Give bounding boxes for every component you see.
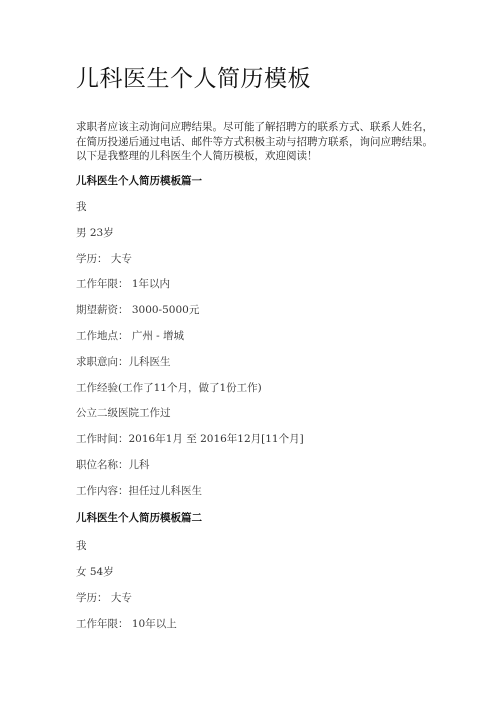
resume-line: 女 54岁: [76, 564, 114, 579]
resume-line: 学历： 大专: [76, 251, 132, 266]
document-title: 儿科医生个人简历模板: [76, 60, 311, 93]
resume-line: 公立二级医院工作过: [76, 405, 171, 420]
section-heading-2: 儿科医生个人简历模板篇二: [76, 510, 202, 525]
intro-paragraph: 求职者应该主动询问应聘结果。尽可能了解招聘方的联系方式、联系人姓名，在简历投递后…: [76, 120, 436, 164]
resume-line: 工作地点： 广州 - 增城: [76, 328, 184, 343]
resume-line: 工作内容：担任过儿科医生: [76, 483, 202, 498]
resume-line: 工作年限： 10年以上: [76, 616, 177, 631]
resume-line: 期望薪资： 3000-5000元: [76, 302, 199, 317]
resume-line: 我: [76, 199, 87, 214]
section-heading-1: 儿科医生个人简历模板篇一: [76, 173, 202, 188]
resume-line: 男 23岁: [76, 225, 114, 240]
resume-line: 工作经验(工作了11个月，做了1份工作): [76, 380, 262, 395]
resume-line: 工作时间：2016年1月 至 2016年12月[11个月]: [76, 431, 304, 446]
resume-line: 职位名称：儿科: [76, 457, 150, 472]
resume-line: 学历： 大专: [76, 590, 132, 605]
resume-line: 我: [76, 538, 87, 553]
resume-line: 求职意向：儿科医生: [76, 354, 171, 369]
resume-line: 工作年限： 1年以内: [76, 276, 170, 291]
